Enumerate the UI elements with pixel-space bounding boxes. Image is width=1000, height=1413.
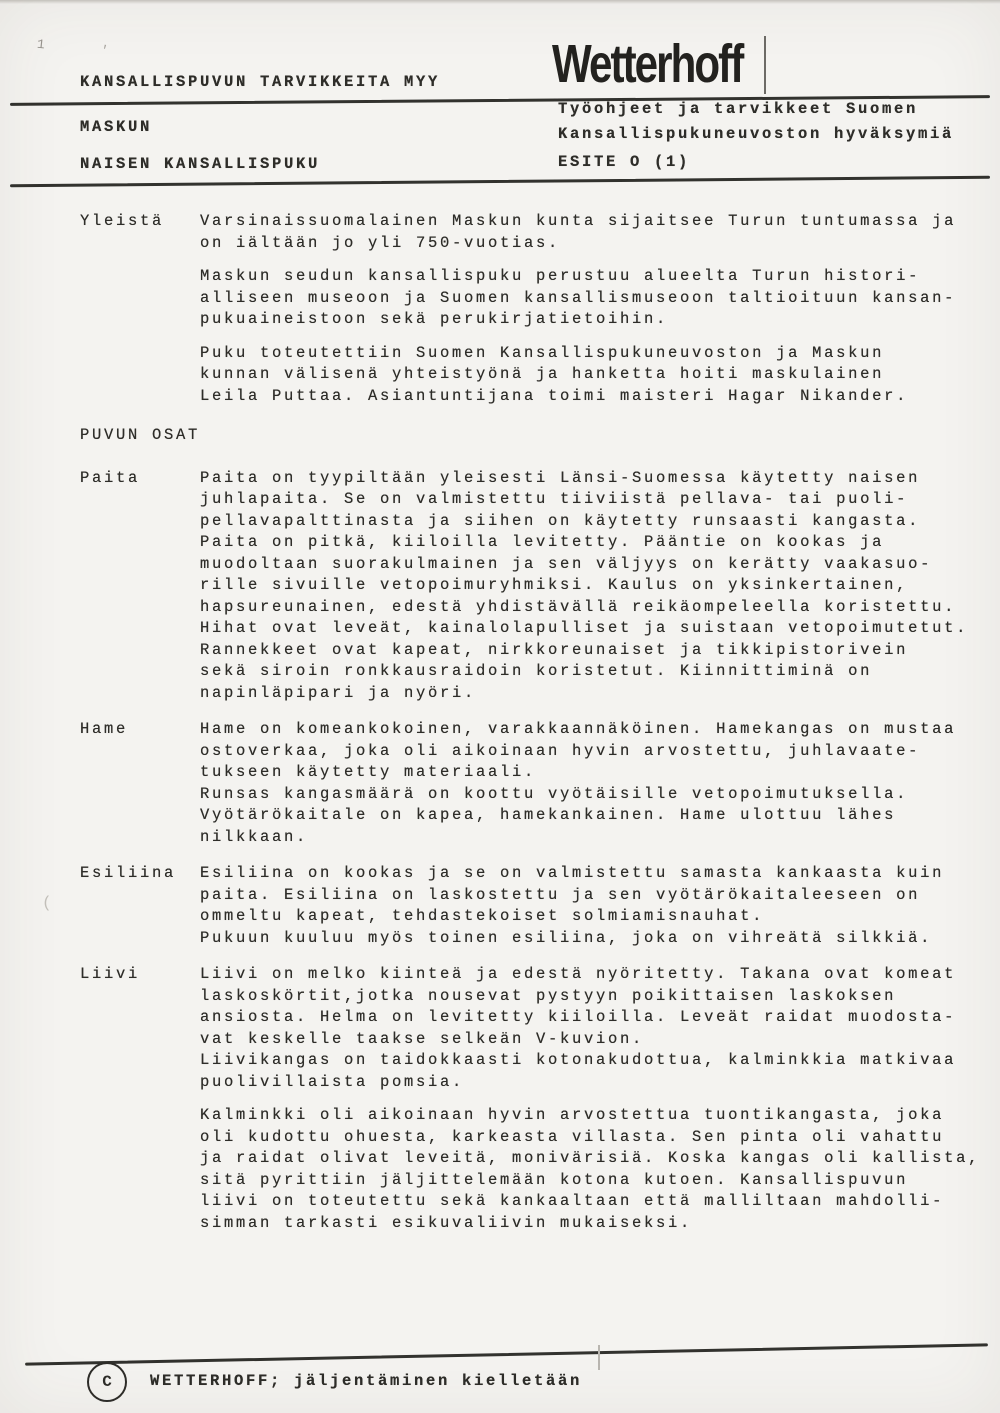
body-line: muodoltaan suorakulmainen ja sen väljyys…: [200, 554, 990, 576]
section-label: Paita: [80, 468, 200, 705]
body-line: Paita on tyypiltään yleisesti Länsi-Suom…: [200, 468, 990, 490]
body-line: ansiosta. Helma on levitetty kiiloilla. …: [200, 1007, 990, 1029]
footer-rule: [25, 1343, 988, 1365]
header-rule-bottom: [10, 176, 990, 188]
paragraph: Esiliina on kookas ja se on valmistettu …: [200, 863, 990, 949]
body-line: vat keskelle taakse selkeän V-kuvion.: [200, 1029, 990, 1051]
paragraph: Puku toteutettiin Suomen Kansallispukune…: [200, 343, 990, 408]
body-line: Paita on pitkä, kiiloilla levitetty. Pää…: [200, 532, 990, 554]
body-line: ommeltu kapeat, tehdastekoiset solmiamis…: [200, 906, 990, 928]
body-line: paita. Esiliina on laskostettu ja sen vy…: [200, 885, 990, 907]
paragraph: Liivi on melko kiinteä ja edestä nyörite…: [200, 964, 990, 1093]
document-code: ESITE O (1): [558, 152, 690, 174]
body-line: sekä siroin ronkkausraidoin koristetut. …: [200, 661, 990, 683]
paragraph: Hame on komeankokoinen, varakkaannäköine…: [200, 719, 990, 848]
body-line: Pukuun kuuluu myös toinen esiliina, joka…: [200, 928, 990, 950]
section-text: [200, 425, 990, 447]
wetterhoff-logo: Wetterhoff: [552, 36, 742, 92]
section-label: Yleistä: [80, 211, 200, 407]
body-line: hapsureunainen, edestä yhdistävällä reik…: [200, 597, 990, 619]
paragraph: Kalminkki oli aikoinaan hyvin arvostettu…: [200, 1105, 990, 1234]
section-esiliina: EsiliinaEsiliina on kookas ja se on valm…: [0, 863, 1000, 949]
approval-line-1: Työohjeet ja tarvikkeet Suomen: [558, 99, 918, 121]
section-liivi: LiiviLiivi on melko kiinteä ja edestä ny…: [0, 964, 1000, 1234]
copyright-icon: C: [87, 1362, 127, 1402]
municipality-line: MASKUN: [80, 117, 152, 139]
body-line: Liivi on melko kiinteä ja edestä nyörite…: [200, 964, 990, 986]
section-paita: PaitaPaita on tyypiltään yleisesti Länsi…: [0, 468, 1000, 705]
body-line: on iältään jo yli 750-vuotias.: [200, 233, 990, 255]
section-text: Liivi on melko kiinteä ja edestä nyörite…: [200, 964, 990, 1234]
section-text: Esiliina on kookas ja se on valmistettu …: [200, 863, 990, 949]
body-line: ja raidat olivat leveitä, monivärisiä. K…: [200, 1148, 990, 1170]
body-line: Puku toteutettiin Suomen Kansallispukune…: [200, 343, 990, 365]
section-hame: HameHame on komeankokoinen, varakkaannäk…: [0, 719, 1000, 848]
body-line: liivi on toteutettu sekä kankaaltaan ett…: [200, 1191, 990, 1213]
body-line: oli kudottu ohuesta, karkeasta villasta.…: [200, 1127, 990, 1149]
section-heading: PUVUN OSAT: [80, 425, 200, 447]
section-text: Paita on tyypiltään yleisesti Länsi-Suom…: [200, 468, 990, 705]
section-label: Hame: [80, 719, 200, 848]
section-puvun-osat: PUVUN OSAT: [0, 425, 1000, 447]
body-line: kunnan välisenä yhteistyönä ja hanketta …: [200, 364, 990, 386]
scan-artifact: ': [98, 39, 111, 62]
approval-line-2: Kansallispukuneuvoston hyväksymiä: [558, 124, 954, 146]
body-line: Maskun seudun kansallispuku perustuu alu…: [200, 266, 990, 288]
body-line: pukuaineistoon sekä perukirjatietoihin.: [200, 309, 990, 331]
body-line: juhlapaita. Se on valmistettu tiiviistä …: [200, 489, 990, 511]
scan-artifact: 1: [36, 34, 46, 56]
body-line: pellavapalttinasta ja siihen on käytetty…: [200, 511, 990, 533]
body-line: napinläpipari ja nyöri.: [200, 683, 990, 705]
section-text: Varsinaissuomalainen Maskun kunta sijait…: [200, 211, 990, 407]
copyright-symbol: C: [102, 1373, 112, 1391]
body-line: Rannekkeet ovat kapeat, nirkkoreunaiset …: [200, 640, 990, 662]
body-line: Hihat ovat leveät, kainalolapulliset ja …: [200, 618, 990, 640]
body-line: rille sivuille vetopoimuryhmiksi. Kaulus…: [200, 575, 990, 597]
body-line: laskoskörtit,jotka nousevat pystyyn poik…: [200, 986, 990, 1008]
body-line: ostoverkaa, joka oli aikoinaan hyvin arv…: [200, 741, 990, 763]
costume-title-line: NAISEN KANSALLISPUKU: [80, 154, 320, 176]
body-line: Hame on komeankokoinen, varakkaannäköine…: [200, 719, 990, 741]
body-line: Kalminkki oli aikoinaan hyvin arvostettu…: [200, 1105, 990, 1127]
body-line: Leila Puttaa. Asiantuntijana toimi maist…: [200, 386, 990, 408]
section-yleist: YleistäVarsinaissuomalainen Maskun kunta…: [0, 211, 1000, 407]
scan-artifact: [598, 1345, 600, 1370]
body-line: puolivillaista pomsia.: [200, 1072, 990, 1094]
body-line: nilkkaan.: [200, 827, 990, 849]
section-label: Liivi: [80, 964, 200, 1234]
body-line: tukseen käytetty materiaali.: [200, 762, 990, 784]
body-line: Varsinaissuomalainen Maskun kunta sijait…: [200, 211, 990, 233]
body-line: alliseen museoon ja Suomen kansallismuse…: [200, 288, 990, 310]
document-body: YleistäVarsinaissuomalainen Maskun kunta…: [0, 211, 1000, 1249]
section-label: Esiliina: [80, 863, 200, 949]
body-line: Liivikangas on taidokkaasti kotonakudott…: [200, 1050, 990, 1072]
body-line: simman tarkasti esikuvaliivin mukaiseksi…: [200, 1213, 990, 1235]
paragraph: Paita on tyypiltään yleisesti Länsi-Suom…: [200, 468, 990, 705]
document-page: 1 ' ( KANSALLISPUVUN TARVIKKEITA MYY Wet…: [0, 0, 1000, 1413]
seller-line: KANSALLISPUVUN TARVIKKEITA MYY: [80, 72, 440, 94]
body-line: Esiliina on kookas ja se on valmistettu …: [200, 863, 990, 885]
footer-copyright-text: WETTERHOFF; jäljentäminen kielletään: [150, 1371, 582, 1393]
body-line: sitä pyrittiin jäljittelemään kotona kut…: [200, 1170, 990, 1192]
section-text: Hame on komeankokoinen, varakkaannäköine…: [200, 719, 990, 848]
body-line: Runsas kangasmäärä on koottu vyötäisille…: [200, 784, 990, 806]
paragraph: Maskun seudun kansallispuku perustuu alu…: [200, 266, 990, 331]
body-line: Vyötärökaitale on kapea, hamekankainen. …: [200, 805, 990, 827]
paragraph: Varsinaissuomalainen Maskun kunta sijait…: [200, 211, 990, 254]
logo-divider-line: [764, 36, 766, 94]
